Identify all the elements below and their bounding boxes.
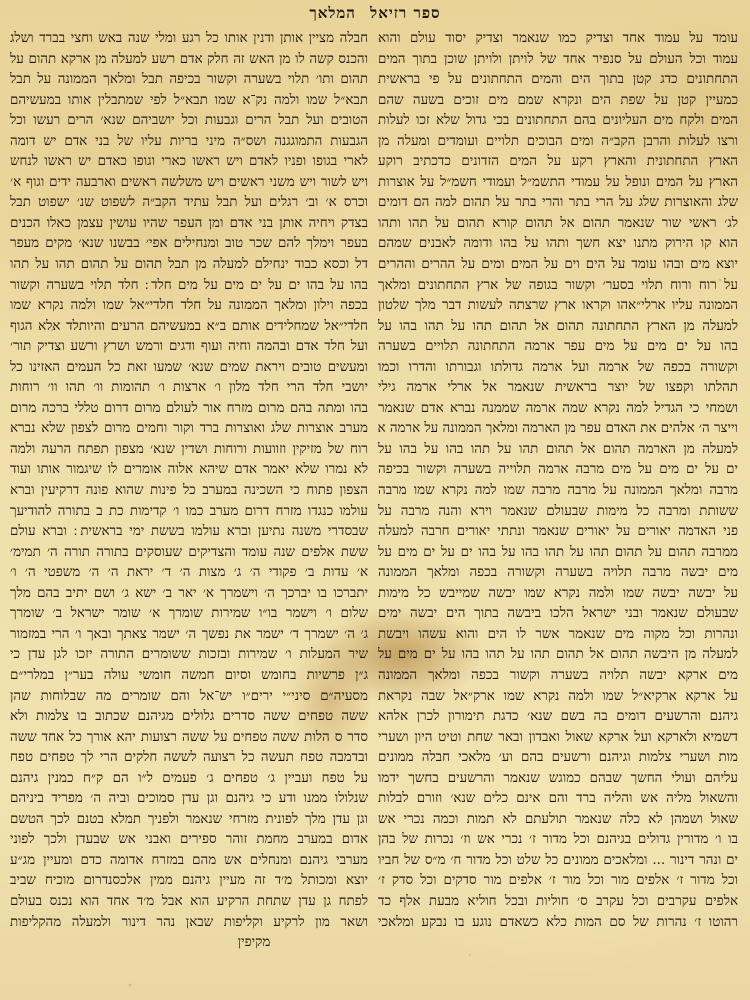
text-line: שלום ו׳ וישמר בו״ו שמירות שומרך א׳ שומר … (10, 604, 368, 625)
text-line: ששה טפחים ששה סדרים גלולים מגיהנם שכתוב … (10, 707, 368, 728)
text-line: ים על ים מים על מים מרבה ארמה תלוייה בשע… (378, 460, 738, 481)
text-line: שאול ושמהן לא כלה שנאמר תולעתם לא תמות ו… (378, 810, 738, 831)
text-line: שלג והאוצרות שלג על הרי בתר והרי בתר על … (378, 193, 738, 214)
text-line: הטובים ועל תבל הרים וגבעות וכל יושביהם ש… (10, 111, 368, 132)
text-line: שיר המעלות ו׳ שמירות ובזכות ששומרים התור… (10, 645, 368, 666)
running-head-book-title: ספר רזיאל (370, 4, 440, 23)
text-line: כמעיין קטן על שפת הים ונקרא שמם מים זוכי… (378, 91, 738, 112)
text-line: הגבעות התמוגגנה ושס״ה מיני בריות עליו של… (10, 132, 368, 153)
text-line: לא נמרו שלא יאמר אדם שיהא אלוה אומרים לו… (10, 460, 368, 481)
text-line: עמוד וכל העולם על סנפיר אחד של לויתן ולו… (378, 50, 738, 71)
text-line: התחתונים כדג קטן בתוך הים והמים התחתונים… (378, 70, 738, 91)
text-line: ששותת ומרבה כל מימות שבעולם שנאמר וירא ו… (378, 502, 738, 523)
running-head: ספר רזיאל המלאך (0, 4, 750, 23)
text-line: מערב אוצרות שלג ואוצרות ברד וקור וחמים מ… (10, 419, 368, 440)
text-line: למעלה מן הארץ התחתונה תהום אל תהום תהו ע… (378, 317, 738, 338)
text-line: וכרס א׳ וב׳ רגלים ועל תבל עתיד הקב״ה לשפ… (10, 193, 368, 214)
text-column-right: עומד על עמוד אחד וצדיק כמו שנאמר וצדיק י… (378, 29, 738, 933)
text-line: ועל חלד אדם ובהמה וחיה ועוף ודגים ורמש ו… (10, 337, 368, 358)
text-line: חבלה מציין אותן ודנין אותו כל רגע ומלי ש… (10, 29, 368, 50)
text-line: ג׳ ה׳ ישמרך ד׳ ישמר את נפשך ה׳ ישמר צאתך… (10, 625, 368, 646)
text-line: עולמו כנגדו מזרח דרום מערב כמו ו׳ קדימות… (10, 502, 368, 523)
text-line: מות ושערי צלמות וגיהנם ורשעים בהם וע׳ מל… (378, 748, 738, 769)
text-line: דשמיא ולארקא ועל ארקא שאול ואבדון ובאר ש… (378, 728, 738, 749)
text-line: ויש לשור ויש משני ראשים ויש משלשה ראשים … (10, 173, 368, 194)
text-line: א׳ עדות ב׳ פקודי ה׳ ג׳ מצות ה׳ ד׳ יראת ה… (10, 563, 368, 584)
text-line: בהו ומתה בהם מרום מזרח אור לעולם מרום דר… (10, 399, 368, 420)
text-line: ובדמבה טפח תעשה כל רצועה לששה חלקים הרי … (10, 748, 368, 769)
text-line: והשאול מליה אש והליה ברד והם אינם כלים ש… (378, 789, 738, 810)
text-line: הצפון פתוח כי השכינה במערב כל פינות שהוא… (10, 481, 368, 502)
text-line: עליהם ועולי החשך שבהם כמוגש שנאמר והרשעי… (378, 769, 738, 790)
text-line: הארץ התחתונית והארץ רקע על המים הזדונים … (378, 152, 738, 173)
text-line: בעפר וימלך להם שכר טוב ומנחילים אפי׳ בבש… (10, 234, 368, 255)
text-line: יושבי חלד הרי חלד מלון ו׳ ארצות ו׳ תהומו… (10, 378, 368, 399)
text-line: רהוטו ז׳ נהרות של סם המות כלא כשאדם נוגע… (378, 913, 738, 934)
text-line: לארי בגופו ופניו לאדם ויש ראשו כארי וגופ… (10, 152, 368, 173)
text-line: עומד על עמוד אחד וצדיק כמו שנאמר וצדיק י… (378, 29, 738, 50)
text-line: אדום במערב מחמת זוהר ספירים ואבני אש שבע… (10, 830, 368, 851)
text-line: וייצר ה׳ אלהים את האדם עפר מן הארמה ומלא… (378, 419, 738, 440)
text-line: שבסדרי משנה נתיען וברא עולמו בששת ימי בר… (10, 522, 368, 543)
text-line: ושאר מון לרקיע וקליפות שבאן נהר דינור ול… (10, 913, 368, 934)
text-line: הממונה עליו ארלי״אהו וקראו ארץ שרצתה לעש… (378, 296, 738, 317)
text-line: חלדי״אל שמחלידים אותם ב״א במעשיהם הרעים … (10, 317, 368, 338)
running-head-book-subtitle: המלאך (309, 4, 356, 23)
text-line: מערבי גיהנם ומנחלים אש מהם במזרח אדומה כ… (10, 851, 368, 872)
text-line: ונהרות וכל מקוה מים שנאמר אשר לו הים והו… (378, 625, 738, 646)
text-line: סדר ס הלות ששה טפחים על ששה רצועות יהא א… (10, 728, 368, 749)
text-line: הארץ על המים ונופל על עמודי התשמ״ל ועמוד… (378, 173, 738, 194)
text-line: על ארקא ארקיא״ל שמו ולמה נקרא שמו ארק״אל… (378, 687, 738, 708)
text-line: מרבה ומלאך הממונה על מרבה מרבה שמו למה נ… (378, 481, 738, 502)
text-line: המים ולקח מים העליונים בהם התחתונים בכי … (378, 111, 738, 132)
text-line: תהום ותו׳ תלוי בשערה וקשור בכיפה תבל ומל… (10, 70, 368, 91)
text-line: הוא קו הירוק מתנו יצא חשך ותהו על בהו וד… (378, 234, 738, 255)
text-line: בצדק ויחיה אותן בני אדם ומן העפר שהיו עו… (10, 214, 368, 235)
text-line: בהו על בהו ים על ים מים על מים חלד ׃ חלד… (10, 276, 368, 297)
text-line: למעלה מן היבשה תהום אל תהום תהו על תהו ב… (378, 645, 738, 666)
text-line: רוח של מזיקין וזוועות ורוחות ושדין שנא׳ … (10, 440, 368, 461)
text-line: ומעשים טובים ויראת שמים שנא׳ שמעו זאת כל… (10, 358, 368, 379)
text-line: ממרבה תהום על תהום תהו על תהו בהו על בהו… (378, 543, 738, 564)
text-line: יתברכו בו יברכך ה׳ וישמרך א׳ יאר ב׳ ישא … (10, 584, 368, 605)
text-line: לג׳ ראשי שור שנאמר תהום אל תהום קורא תהו… (378, 214, 738, 235)
text-line: על יבשה יבשה שמו ולמה נקרא שמו יבשה שמיי… (378, 584, 738, 605)
text-line: ורצו לעלות והרבן הקב״ה ומים הבוכים תלויי… (378, 132, 738, 153)
text-line: וגן עדן מלך לפונית מזרחי שנאמר ולפניך תמ… (10, 810, 368, 831)
book-page: ספר רזיאל המלאך עומד על עמוד אחד וצדיק כ… (0, 0, 750, 1000)
text-line: תהלתו וקפצו של יוצר בראשית שנאמר אל ארלי… (378, 378, 738, 399)
text-line: שנלולו ממנו ודע כי גיהנם וגן עדן סמוכים … (10, 789, 368, 810)
text-line: ושמחי כי הגדיל למה נקרא שמה ארמה שממנה נ… (378, 399, 738, 420)
text-line: וקשורה בכפה של ארמה ועל ארמה גדולתו וגבו… (378, 358, 738, 379)
text-line: בו ו׳ מדורין גדולים בגיהנם וכל מדור ז׳ נ… (378, 830, 738, 851)
text-line: וכל מדור ז׳ אלפים מור וכל מור ז׳ אלפים מ… (378, 871, 738, 892)
text-line: למעלה מן הארמה תהום אל תהום תהו על תהו ב… (378, 440, 738, 461)
text-line: והכנס קשה לו מן האש זה חלק אדם רשע למעלה… (10, 50, 368, 71)
text-line: בהו על ים מים על מים עפר ארמה התחתונה תל… (378, 337, 738, 358)
text-line: דל וכסא כבוד ינחילם למעלה מן תבל תהום על… (10, 255, 368, 276)
text-line: על טפח ועביין ג׳ טפחים ג׳ פעמים ל״ו הם ק… (10, 769, 368, 790)
text-line: יוצא מים ובהו עומד על הים וים על המים ומ… (378, 255, 738, 276)
text-line: מקיפין (10, 933, 368, 954)
text-line: אלפים עקרבים וכל עקרב ס׳ חוליות ובכל חול… (378, 892, 738, 913)
text-column-left: חבלה מציין אותן ודנין אותו כל רגע ומלי ש… (10, 29, 368, 954)
text-line: מים ארקא יבשה תלויה בשערה וקשור בכפה ומל… (378, 666, 738, 687)
text-line: לפתח גן עדן שתחת הרקיע הוא אבל מ׳ד אחד ה… (10, 892, 368, 913)
text-line: שבעולם שנאמר ובני ישראל הלכו ביבשה בתוך … (378, 604, 738, 625)
text-line: בכפה וילון ומלאך הממונה על חלד חלדי״אל ש… (10, 296, 368, 317)
text-line: יוצא ומכותל מ׳ד זה מעיין גיהנם ממין אלכס… (10, 871, 368, 892)
text-line: ג״ן פרשיות בחומש וסיום חמשה חומשי עולה ב… (10, 666, 368, 687)
text-line: מסעיה״ם סיני״י ירים״ו יש־אל והם שומרים מ… (10, 687, 368, 708)
text-line: פני האדמה יאורים על יאורים שנאמר ונתתי י… (378, 522, 738, 543)
text-line: תבא״ל שמו ולמה נק־א שמו תבא״ל לפי שמתבלי… (10, 91, 368, 112)
text-line: על רוח ורוח תלוי בסער׳ וקשור בגופה של אר… (378, 276, 738, 297)
text-line: מים יבשה מרבה תלויה בשערה וקשורה בכפה ומ… (378, 563, 738, 584)
text-line: גיהנם והרשעים דומים בה בשם שנא׳ כדגת תימ… (378, 707, 738, 728)
text-line: ים ונהר דינור ... ומלאכים ממונים כל שלט … (378, 851, 738, 872)
text-line: ששת אלפים שנה עומד והצדיקים שעוסקים בתור… (10, 543, 368, 564)
